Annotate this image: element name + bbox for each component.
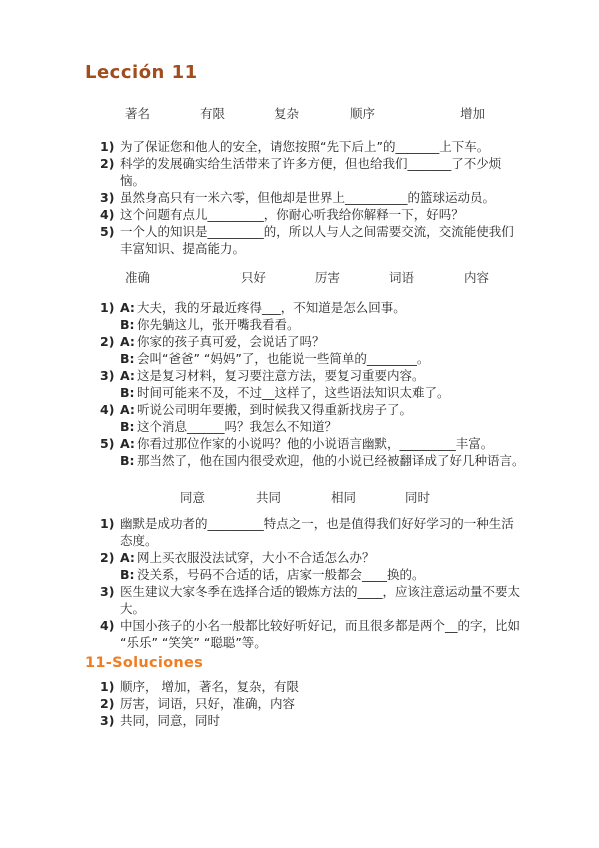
solutions-list: 1) 顺序， 增加，著名，复杂，有限 2) 厉害，词语，只好，准确，内容 3) … <box>100 678 559 729</box>
item-line: B:那当然了，他在国内很受欢迎，他的小说已经被翻译成了好几种语言。 <box>120 452 559 469</box>
item-number: 5) <box>100 435 120 452</box>
item-line: A:听说公司明年要搬，到时候我又得重新找房子了。 <box>120 401 559 418</box>
line-text: 虽然身高只有一米六零，但他却是世界上__________的篮球运动员。 <box>120 190 495 205</box>
speaker-label: A: <box>120 333 137 350</box>
solution-text: 顺序， 增加，著名，复杂，有限 <box>120 678 559 695</box>
list-item: 5) A:你看过那位作家的小说吗？他的小说语言幽默，_________丰富。 B… <box>100 435 559 469</box>
word-bank-word: 只好 <box>241 269 266 286</box>
speaker-label: B: <box>120 418 137 435</box>
word-bank-word: 同意 <box>180 489 205 506</box>
line-text: 这个问题有点儿_________，你耐心听我给你解释一下，好吗？ <box>120 207 464 222</box>
item-line: “乐乐” “笑笑” “聪聪”等。 <box>120 634 559 651</box>
list-item: 2) A:网上买衣服没法试穿，大小不合适怎么办？ B:没关系，号码不合适的话，店… <box>100 549 559 583</box>
list-item: 4) A:听说公司明年要搬，到时候我又得重新找房子了。 B:这个消息______… <box>100 401 559 435</box>
word-bank-word: 顺序 <box>350 105 375 122</box>
item-line: 为了保证您和他人的安全，请您按照“先下后上”的_______上下车。 <box>120 138 559 155</box>
item-line: A:你看过那位作家的小说吗？他的小说语言幽默，_________丰富。 <box>120 435 559 452</box>
word-bank-word: 著名 <box>125 105 150 122</box>
list-item: 1) 为了保证您和他人的安全，请您按照“先下后上”的_______上下车。 <box>100 138 559 155</box>
speaker-label: B: <box>120 316 137 333</box>
line-text: 那当然了，他在国内很受欢迎，他的小说已经被翻译成了好几种语言。 <box>137 453 525 468</box>
word-bank-word: 共同 <box>256 489 281 506</box>
item-line: 幽默是成功者的_________特点之一，也是值得我们好好学习的一种生活 <box>120 515 559 532</box>
line-text: 会叫“爸爸” “妈妈”了，也能说一些简单的________。 <box>137 351 429 366</box>
list-item: 1) A:大夫，我的牙最近疼得___，不知道是怎么回事。 B:你先躺这儿，张开嘴… <box>100 299 559 333</box>
speaker-label: A: <box>120 401 137 418</box>
item-line: B:你先躺这儿，张开嘴我看看。 <box>120 316 559 333</box>
item-line: 科学的发展确实给生活带来了许多方便，但也给我们_______了不少烦 <box>120 155 559 172</box>
item-line: A:网上买衣服没法试穿，大小不合适怎么办？ <box>120 549 559 566</box>
line-text: 一个人的知识是_________的，所以人与人之间需要交流，交流能使我们 <box>120 224 514 239</box>
item-line: 中国小孩子的小名一般都比较好听好记，而且很多都是两个__的字，比如 <box>120 617 559 634</box>
list-item: 3) 医生建议大家冬季在选择合适的锻炼方法的____，应该注意运动量不要太 大。 <box>100 583 559 617</box>
word-bank-word: 词语 <box>389 269 414 286</box>
item-line: B:这个消息______吗？我怎么不知道？ <box>120 418 559 435</box>
word-bank-word: 内容 <box>464 269 489 286</box>
solutions-title: 11-Soluciones <box>85 653 559 673</box>
line-text: 科学的发展确实给生活带来了许多方便，但也给我们_______了不少烦 <box>120 156 501 171</box>
speaker-label: A: <box>120 549 137 566</box>
item-line: 这个问题有点儿_________，你耐心听我给你解释一下，好吗？ <box>120 206 559 223</box>
word-bank-3: 同意 共同 相同 同时 <box>85 489 559 506</box>
word-bank-1: 著名 有限 复杂 顺序 增加 <box>85 105 559 122</box>
list-item: 4) 中国小孩子的小名一般都比较好听好记，而且很多都是两个__的字，比如 “乐乐… <box>100 617 559 651</box>
item-number: 2) <box>100 155 120 172</box>
list-item: 3) 虽然身高只有一米六零，但他却是世界上__________的篮球运动员。 <box>100 189 559 206</box>
line-text: 时间可能来不及，不过__这样了，这些语法知识太难了。 <box>137 385 450 400</box>
line-text: 丰富知识、提高能力。 <box>120 241 245 256</box>
exercise-3: 1) 幽默是成功者的_________特点之一，也是值得我们好好学习的一种生活 … <box>100 515 559 651</box>
word-bank-word: 有限 <box>200 105 225 122</box>
speaker-label: A: <box>120 367 137 384</box>
item-number: 2) <box>100 333 120 350</box>
item-number: 4) <box>100 401 120 418</box>
line-text: “乐乐” “笑笑” “聪聪”等。 <box>120 635 267 650</box>
solution-item: 2) 厉害，词语，只好，准确，内容 <box>100 695 559 712</box>
lesson-title: Lección 11 <box>85 62 559 84</box>
speaker-label: B: <box>120 566 137 583</box>
word-bank-word: 准确 <box>125 269 150 286</box>
speaker-label: A: <box>120 299 137 316</box>
item-line: 态度。 <box>120 532 559 549</box>
line-text: 这个消息______吗？我怎么不知道？ <box>137 419 337 434</box>
list-item: 2) 科学的发展确实给生活带来了许多方便，但也给我们_______了不少烦 恼。 <box>100 155 559 189</box>
line-text: 幽默是成功者的_________特点之一，也是值得我们好好学习的一种生活 <box>120 516 514 531</box>
line-text: 医生建议大家冬季在选择合适的锻炼方法的____，应该注意运动量不要太 <box>120 584 520 599</box>
word-bank-word: 复杂 <box>274 105 299 122</box>
item-line: 恼。 <box>120 172 559 189</box>
exercise-1: 1) 为了保证您和他人的安全，请您按照“先下后上”的_______上下车。 2)… <box>100 138 559 257</box>
line-text: 中国小孩子的小名一般都比较好听好记，而且很多都是两个__的字，比如 <box>120 618 520 633</box>
item-number: 1) <box>100 299 120 316</box>
item-number: 1) <box>100 678 120 695</box>
item-line: 大。 <box>120 600 559 617</box>
item-number: 2) <box>100 695 120 712</box>
solution-item: 3) 共同，同意，同时 <box>100 712 559 729</box>
item-line: B:没关系，号码不合适的话，店家一般都会____换的。 <box>120 566 559 583</box>
item-line: 一个人的知识是_________的，所以人与人之间需要交流，交流能使我们 <box>120 223 559 240</box>
item-line: B:会叫“爸爸” “妈妈”了，也能说一些简单的________。 <box>120 350 559 367</box>
speaker-label: B: <box>120 384 137 401</box>
item-line: A:大夫，我的牙最近疼得___，不知道是怎么回事。 <box>120 299 559 316</box>
line-text: 态度。 <box>120 533 158 548</box>
line-text: 网上买衣服没法试穿，大小不合适怎么办？ <box>137 550 375 565</box>
line-text: 这是复习材料，复习要注意方法，要复习重要内容。 <box>137 368 425 383</box>
item-line: A:你家的孩子真可爱，会说话了吗？ <box>120 333 559 350</box>
item-line: 医生建议大家冬季在选择合适的锻炼方法的____，应该注意运动量不要太 <box>120 583 559 600</box>
item-number: 1) <box>100 138 120 155</box>
item-number: 5) <box>100 223 120 240</box>
speaker-label: B: <box>120 350 137 367</box>
list-item: 2) A:你家的孩子真可爱，会说话了吗？ B:会叫“爸爸” “妈妈”了，也能说一… <box>100 333 559 367</box>
list-item: 3) A:这是复习材料，复习要注意方法，要复习重要内容。 B:时间可能来不及，不… <box>100 367 559 401</box>
item-number: 3) <box>100 583 120 600</box>
item-number: 3) <box>100 189 120 206</box>
item-number: 3) <box>100 712 120 729</box>
word-bank-word: 相同 <box>331 489 356 506</box>
line-text: 恼。 <box>120 173 145 188</box>
word-bank-word: 同时 <box>405 489 430 506</box>
exercise-2: 1) A:大夫，我的牙最近疼得___，不知道是怎么回事。 B:你先躺这儿，张开嘴… <box>100 299 559 469</box>
item-line: 虽然身高只有一米六零，但他却是世界上__________的篮球运动员。 <box>120 189 559 206</box>
line-text: 你先躺这儿，张开嘴我看看。 <box>137 317 300 332</box>
item-number: 1) <box>100 515 120 532</box>
line-text: 大。 <box>120 601 145 616</box>
speaker-label: B: <box>120 452 137 469</box>
item-line: A:这是复习材料，复习要注意方法，要复习重要内容。 <box>120 367 559 384</box>
list-item: 5) 一个人的知识是_________的，所以人与人之间需要交流，交流能使我们 … <box>100 223 559 257</box>
line-text: 没关系，号码不合适的话，店家一般都会____换的。 <box>137 567 425 582</box>
worksheet-page: Lección 11 著名 有限 复杂 顺序 增加 1) 为了保证您和他人的安全… <box>0 0 599 848</box>
line-text: 听说公司明年要搬，到时候我又得重新找房子了。 <box>137 402 412 417</box>
solution-text: 厉害，词语，只好，准确，内容 <box>120 695 559 712</box>
word-bank-word: 增加 <box>460 105 485 122</box>
line-text: 你家的孩子真可爱，会说话了吗？ <box>137 334 325 349</box>
solution-item: 1) 顺序， 增加，著名，复杂，有限 <box>100 678 559 695</box>
item-number: 4) <box>100 617 120 634</box>
solution-text: 共同，同意，同时 <box>120 712 559 729</box>
word-bank-2: 准确 只好 厉害 词语 内容 <box>85 269 559 286</box>
line-text: 大夫，我的牙最近疼得___，不知道是怎么回事。 <box>137 300 406 315</box>
list-item: 4) 这个问题有点儿_________，你耐心听我给你解释一下，好吗？ <box>100 206 559 223</box>
item-number: 3) <box>100 367 120 384</box>
list-item: 1) 幽默是成功者的_________特点之一，也是值得我们好好学习的一种生活 … <box>100 515 559 549</box>
word-bank-word: 厉害 <box>315 269 340 286</box>
line-text: 你看过那位作家的小说吗？他的小说语言幽默，_________丰富。 <box>137 436 493 451</box>
item-line: 丰富知识、提高能力。 <box>120 240 559 257</box>
speaker-label: A: <box>120 435 137 452</box>
item-number: 2) <box>100 549 120 566</box>
line-text: 为了保证您和他人的安全，请您按照“先下后上”的_______上下车。 <box>120 139 489 154</box>
item-line: B:时间可能来不及，不过__这样了，这些语法知识太难了。 <box>120 384 559 401</box>
item-number: 4) <box>100 206 120 223</box>
